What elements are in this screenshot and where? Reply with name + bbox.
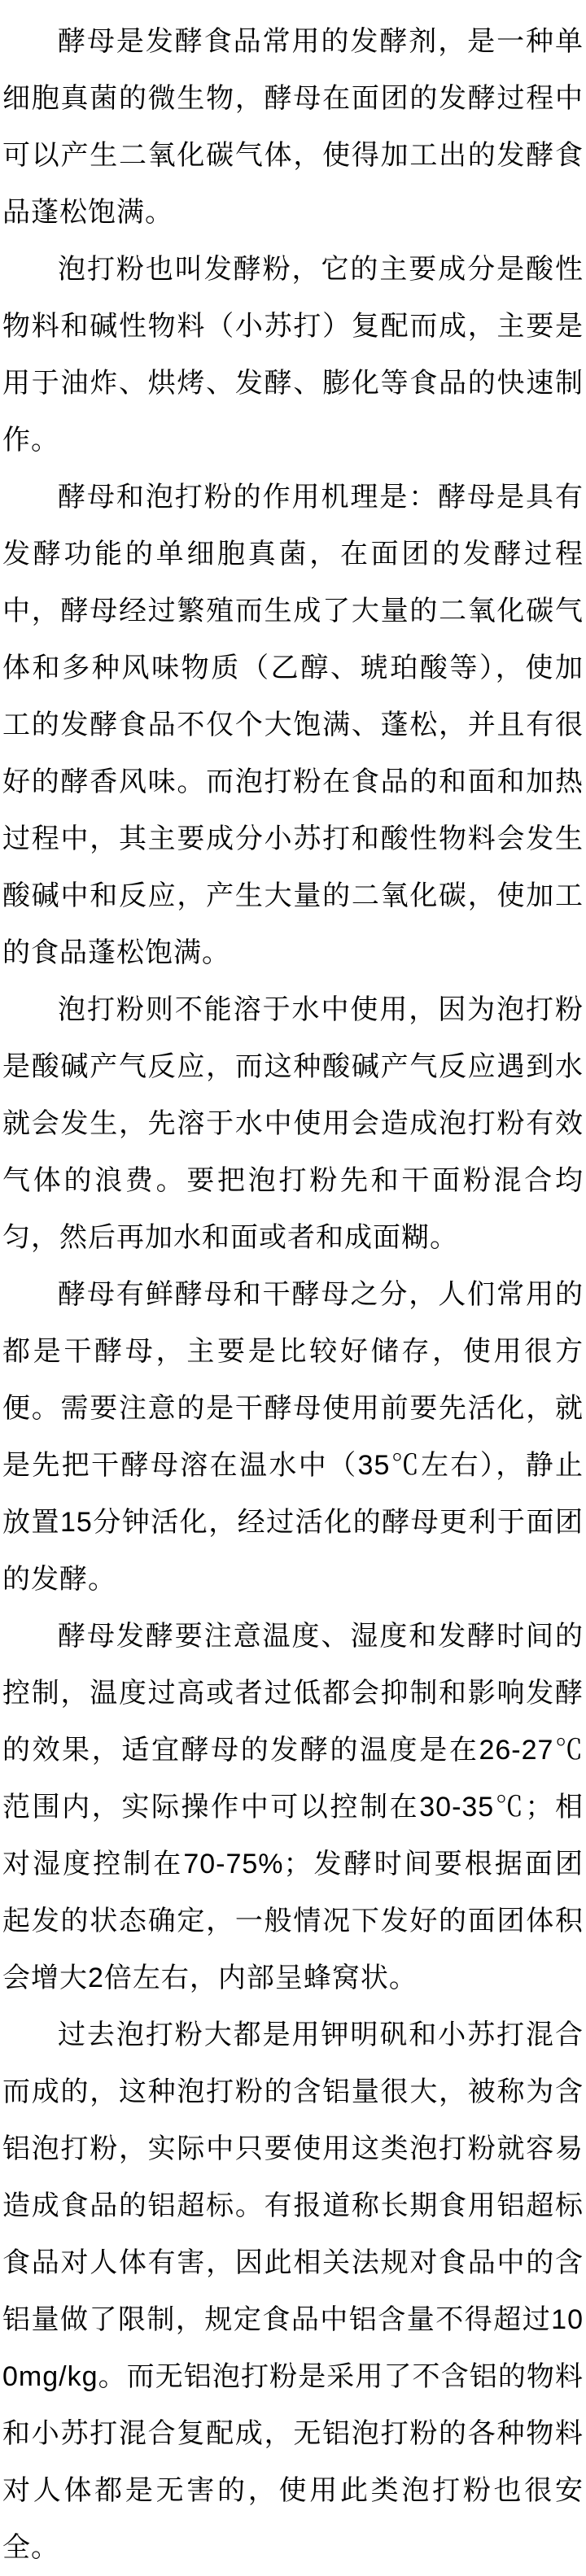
paragraph-mechanism: 酵母和泡打粉的作用机理是：酵母是具有发酵功能的单细胞真菌，在面团的发酵过程中，酵… <box>2 469 584 981</box>
paragraph-dry-yeast-activation: 酵母有鲜酵母和干酵母之分，人们常用的都是干酵母，主要是比较好储存，使用很方便。需… <box>2 1266 584 1608</box>
paragraph-baking-powder-usage: 泡打粉则不能溶于水中使用，因为泡打粉是酸碱产气反应，而这种酸碱产气反应遇到水就会… <box>2 981 584 1266</box>
paragraph-aluminum-free: 过去泡打粉大都是用钾明矾和小苏打混合而成的，这种泡打粉的含铝量很大，被称为含铝泡… <box>2 2006 584 2576</box>
paragraph-yeast-intro: 酵母是发酵食品常用的发酵剂，是一种单细胞真菌的微生物，酵母在面团的发酵过程中可以… <box>2 13 584 241</box>
paragraph-fermentation-conditions: 酵母发酵要注意温度、湿度和发酵时间的控制，温度过高或者过低都会抑制和影响发酵的效… <box>2 1608 584 2006</box>
article-page: 酵母是发酵食品常用的发酵剂，是一种单细胞真菌的微生物，酵母在面团的发酵过程中可以… <box>0 0 586 2576</box>
paragraph-baking-powder-intro: 泡打粉也叫发酵粉，它的主要成分是酸性物料和碱性物料（小苏打）复配而成，主要是用于… <box>2 241 584 469</box>
